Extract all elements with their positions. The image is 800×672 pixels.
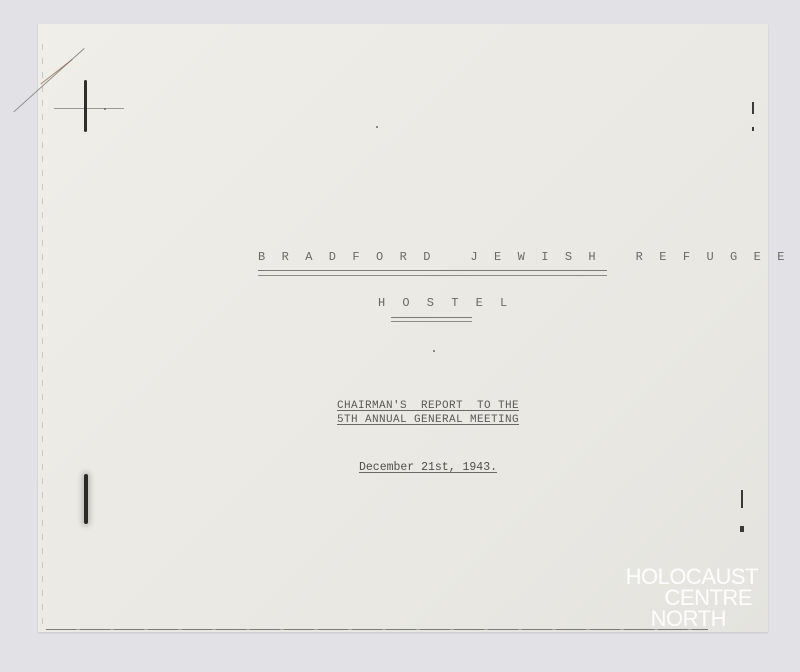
edge-mark [740, 526, 744, 532]
title-underline [258, 270, 607, 276]
edge-mark [752, 102, 754, 114]
corner-fold-mark [54, 48, 124, 109]
paper-speck [433, 350, 435, 352]
holocaust-centre-north-logo: HOLOCAUST CENTRE NORTH [596, 566, 766, 629]
edge-mark [752, 127, 754, 131]
paper-speck [104, 108, 106, 110]
subtitle-underline [391, 317, 472, 322]
document-subtitle: H O S T E L [378, 296, 498, 310]
report-heading-line-1: CHAIRMAN'S REPORT TO THE [298, 400, 558, 412]
document-page: B R A D F O R D J E W I S H R E F U G E … [38, 24, 768, 632]
binding-clip-mark-top [84, 80, 87, 132]
logo-line-2: CENTRE [596, 587, 766, 608]
paper-speck [376, 126, 378, 128]
document-date: December 21st, 1943. [328, 461, 528, 474]
logo-line-3: NORTH [596, 608, 766, 629]
edge-mark [741, 490, 743, 508]
document-title: B R A D F O R D J E W I S H R E F U G E … [258, 250, 618, 264]
binding-clip-mark-bottom [84, 474, 88, 524]
logo-line-1: HOLOCAUST [596, 566, 766, 587]
report-heading-line-2: 5TH ANNUAL GENERAL MEETING [298, 414, 558, 426]
